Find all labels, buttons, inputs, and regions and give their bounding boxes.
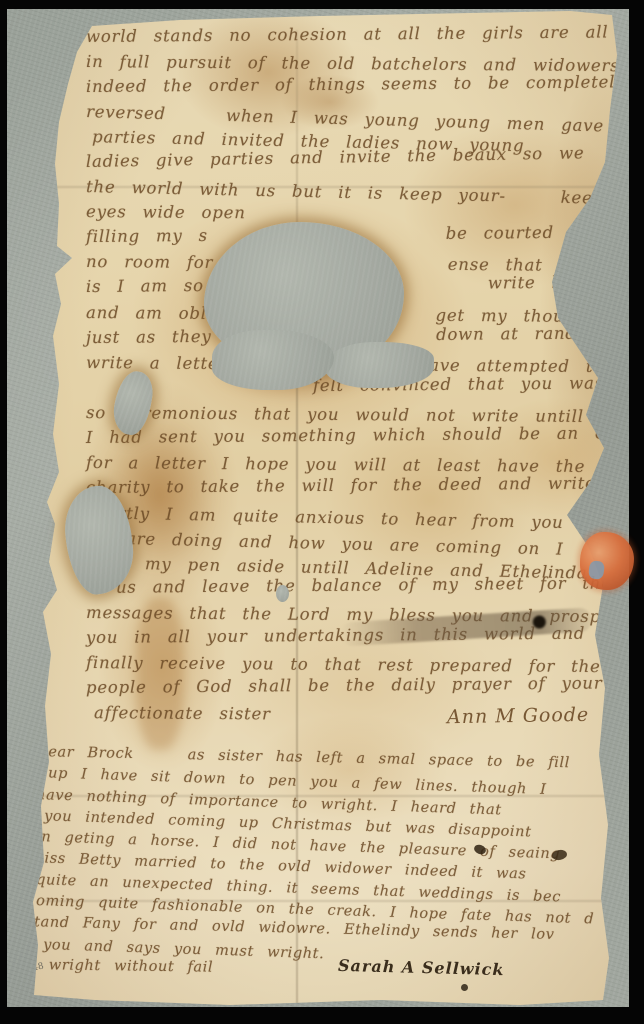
line-fragment: world stands no cohesion at all the girl… [86, 22, 609, 52]
line-fragment: indeed the order of things seems to be c… [86, 72, 626, 102]
postscript-body: Dear Brockas sister has left a smal spac… [36, 744, 608, 978]
photo-frame: world stands no cohesion at all the girl… [0, 0, 644, 1024]
line-fragment: affectionate sister [94, 703, 271, 729]
line-fragment: and am obl [86, 303, 207, 329]
manuscript-line: I had sent you something which should be… [86, 423, 604, 453]
wax-seal-remnant [580, 532, 634, 590]
line-fragment: filling my s [86, 226, 208, 252]
torn-hole-fleck [276, 585, 289, 602]
line-fragment: people of God shall be the daily prayer … [86, 674, 603, 704]
manuscript-line: world stands no cohesion at all the girl… [86, 22, 604, 52]
line-fragment: charity to take the will for the deed an… [86, 473, 644, 503]
line-fragment: no room for [86, 252, 213, 278]
line-fragment: Dear Brock [36, 744, 134, 767]
line-fragment: & wright without fail [22, 957, 213, 981]
torn-hole-center [204, 222, 404, 372]
manuscript-line: indeed the order of things seems to be c… [86, 73, 604, 103]
line-fragment: I had sent you something which should be… [86, 423, 644, 453]
line-fragment: just as they [86, 326, 212, 352]
ink-blot [461, 984, 468, 991]
line-fragment: us and leave the balance of my sheet for… [116, 573, 627, 603]
signature-ann-m-goode: Ann M Goode [447, 704, 590, 728]
manuscript-line: charity to take the will for the deed an… [86, 473, 604, 503]
manuscript-line: people of God shall be the daily prayer … [86, 674, 604, 704]
line-fragment: reversed [86, 102, 166, 129]
line-fragment: eyes wide open [86, 202, 246, 228]
manuscript-line: us and leave the balance of my sheet for… [86, 574, 604, 604]
line-fragment: write a letter [86, 353, 227, 379]
